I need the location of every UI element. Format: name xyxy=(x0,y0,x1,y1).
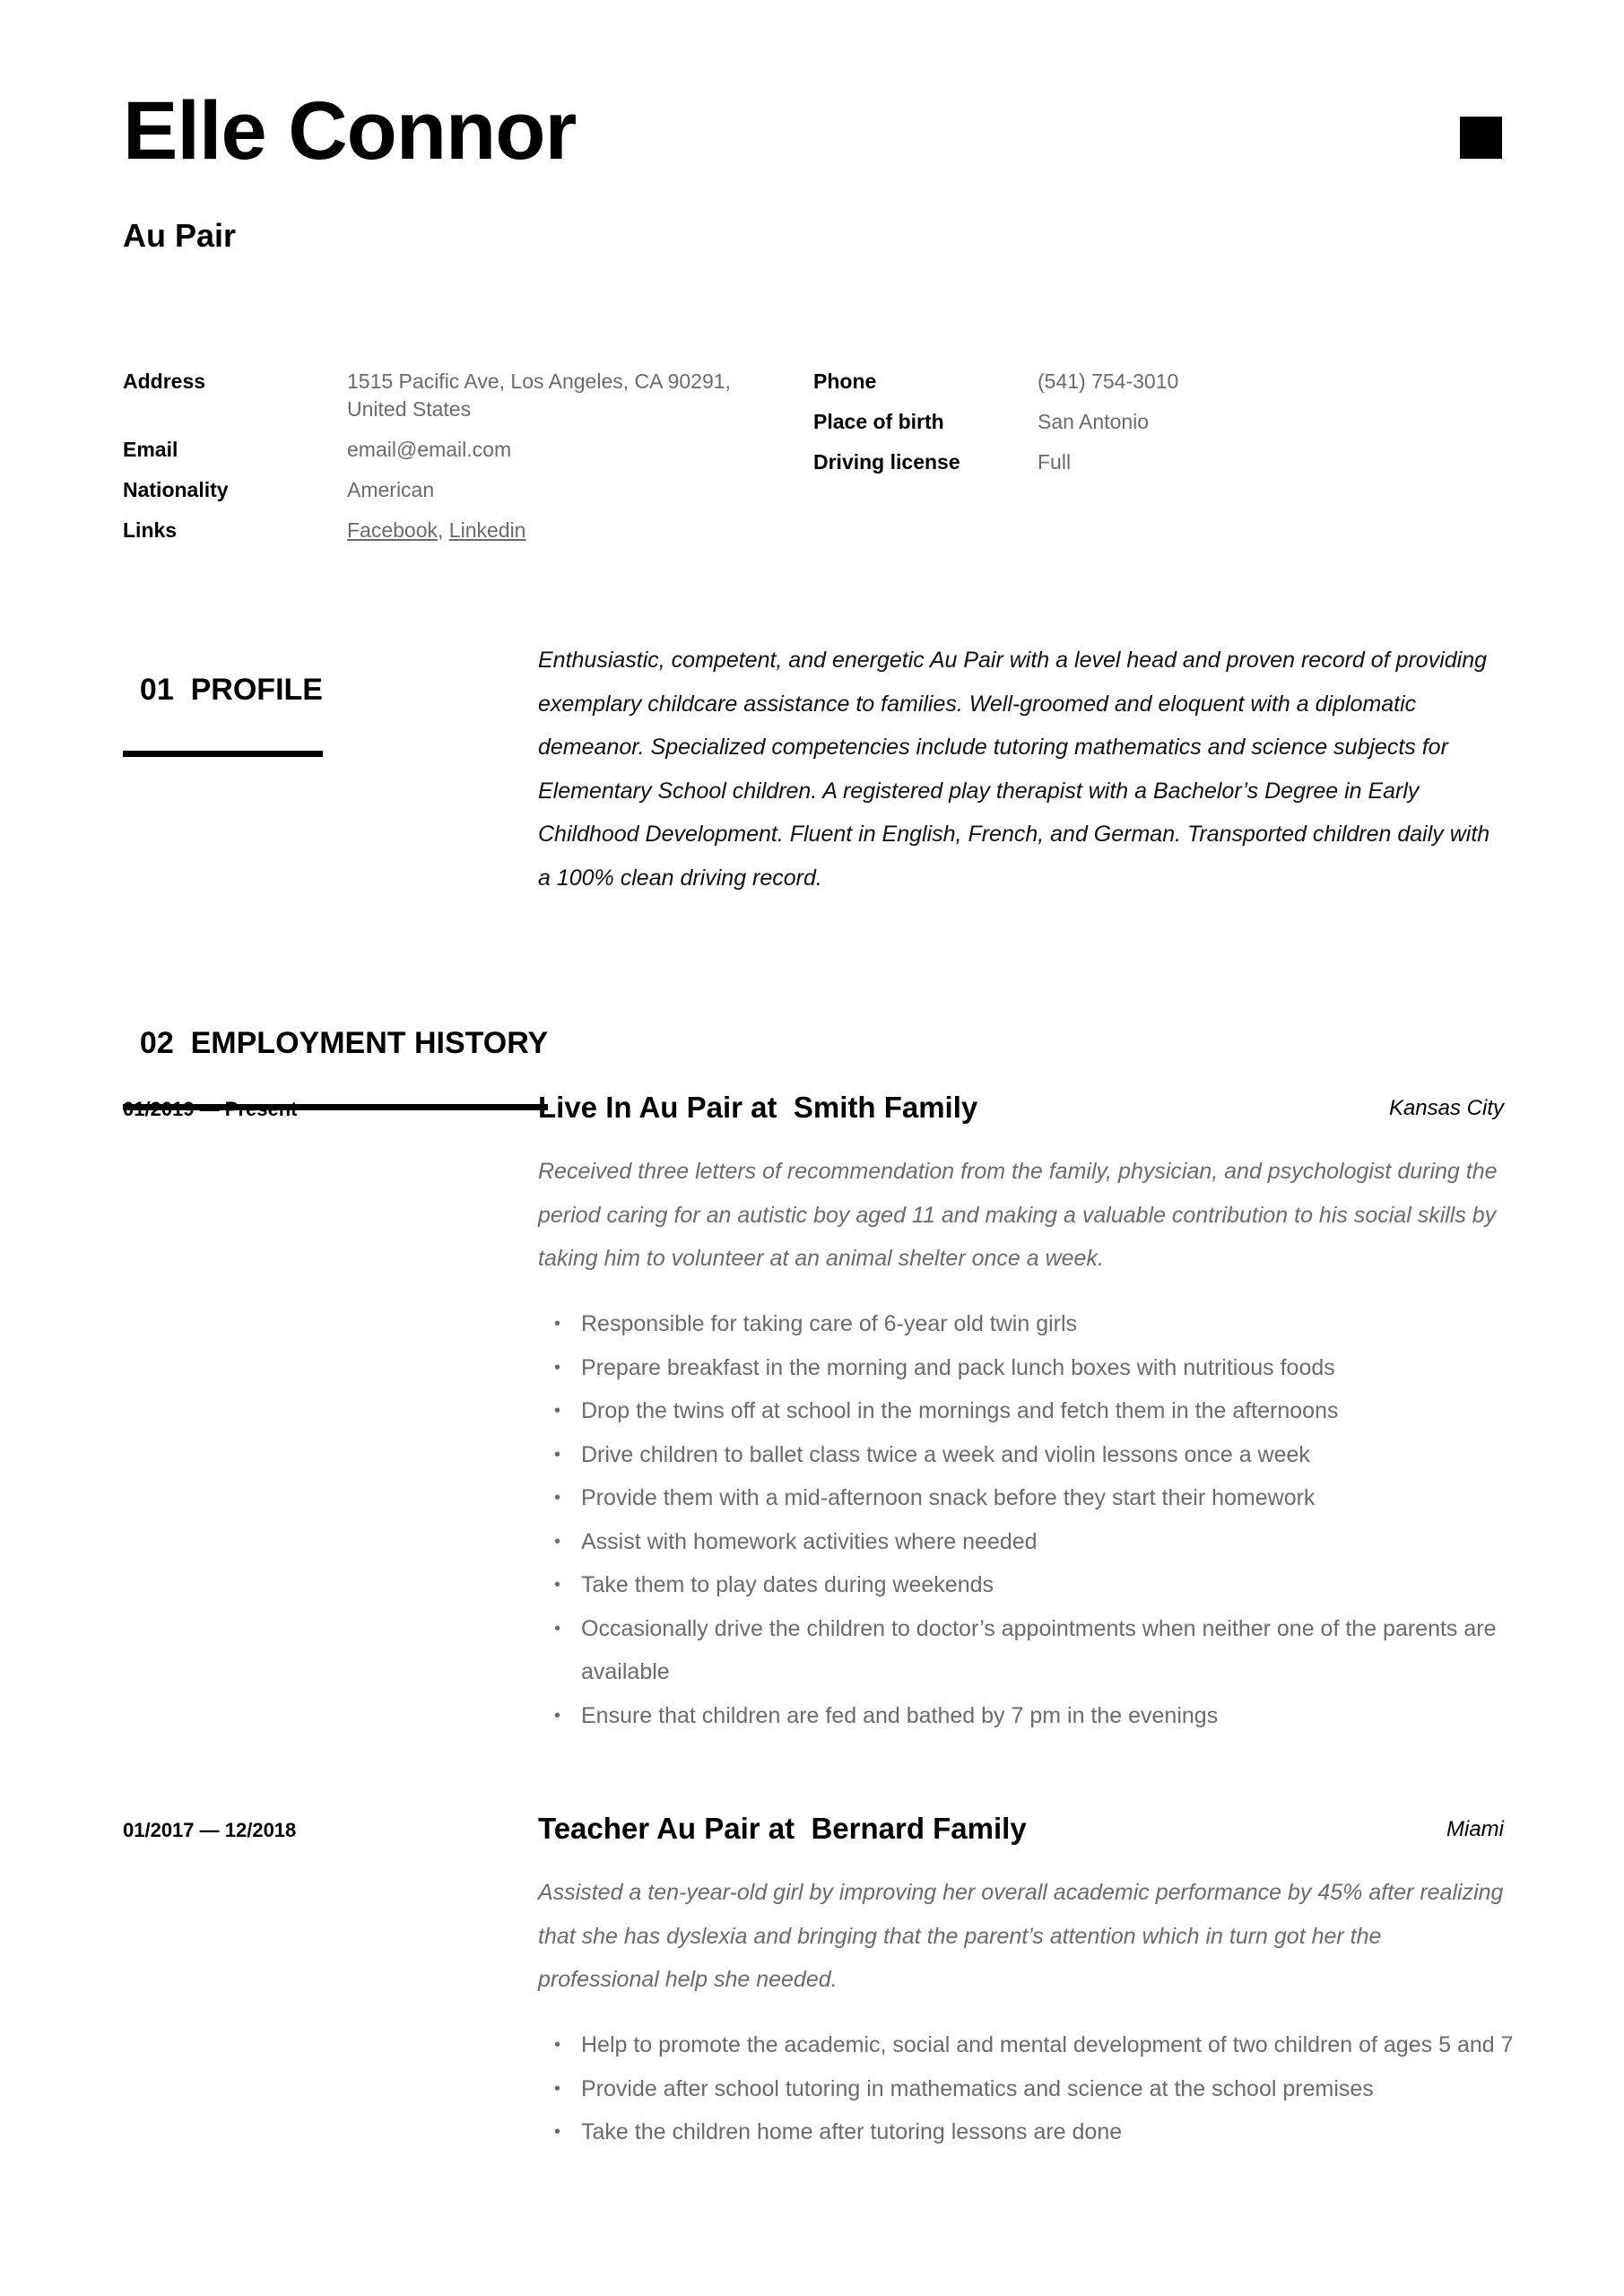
profile-heading: 01 PROFILE xyxy=(123,644,323,787)
detail-row-place-of-birth: Place of birth San Antonio xyxy=(813,408,1441,436)
heading-underline xyxy=(123,751,323,757)
profile-summary: Enthusiastic, competent, and energetic A… xyxy=(538,639,1507,900)
detail-value: Full xyxy=(1038,448,1441,476)
detail-row-nationality: Nationality American xyxy=(123,476,804,504)
candidate-title: Au Pair xyxy=(123,220,236,252)
link-separator: , xyxy=(438,518,449,542)
job-summary: Assisted a ten-year-old girl by improvin… xyxy=(538,1871,1507,2002)
job-bullet: Drop the twins off at school in the morn… xyxy=(581,1389,1550,1433)
job-bullet: Assist with homework activities where ne… xyxy=(581,1520,1550,1564)
profile-heading-text: 01 PROFILE xyxy=(140,673,323,707)
job-bullet: Occasionally drive the children to docto… xyxy=(581,1607,1550,1694)
job-bullet: Take them to play dates during weekends xyxy=(581,1563,1550,1607)
detail-value: email@email.com xyxy=(347,436,760,464)
personal-details-left: Address 1515 Pacific Ave, Los Angeles, C… xyxy=(123,368,804,557)
job-city: Kansas City xyxy=(1389,1096,1504,1121)
black-square-icon xyxy=(1460,117,1502,159)
job-bullet: Take the children home after tutoring le… xyxy=(581,2110,1550,2154)
detail-row-phone: Phone (541) 754-3010 xyxy=(813,368,1441,396)
detail-label: Email xyxy=(123,436,347,464)
job-title: Teacher Au Pair at Bernard Family xyxy=(538,1812,1027,1846)
detail-value: San Antonio xyxy=(1038,408,1441,436)
detail-row-address: Address 1515 Pacific Ave, Los Angeles, C… xyxy=(123,368,804,423)
job-bullet: Drive children to ballet class twice a w… xyxy=(581,1433,1550,1477)
job-bullet: Responsible for taking care of 6-year ol… xyxy=(581,1302,1550,1346)
candidate-name: Elle Connor xyxy=(123,90,576,172)
job-bullets: Responsible for taking care of 6-year ol… xyxy=(538,1302,1550,1737)
job-bullets: Help to promote the academic, social and… xyxy=(538,2023,1550,2154)
employment-heading-text: 02 EMPLOYMENT HISTORY xyxy=(140,1026,548,1060)
detail-row-links: Links Facebook, Linkedin xyxy=(123,517,804,544)
job-summary: Received three letters of recommendation… xyxy=(538,1150,1507,1281)
job-dates: 01/2017 — 12/2018 xyxy=(123,1819,296,1842)
links-list: Facebook, Linkedin xyxy=(347,517,760,544)
job-bullet: Prepare breakfast in the morning and pac… xyxy=(581,1346,1550,1390)
detail-label: Place of birth xyxy=(813,408,1038,436)
job-bullet: Provide them with a mid-afternoon snack … xyxy=(581,1476,1550,1520)
detail-label: Driving license xyxy=(813,448,1038,476)
detail-value: American xyxy=(347,476,760,504)
job-bullet: Ensure that children are fed and bathed … xyxy=(581,1694,1550,1738)
job-bullet: Help to promote the academic, social and… xyxy=(581,2023,1550,2067)
job-dates: 01/2019 — Present xyxy=(123,1098,297,1121)
linkedin-link[interactable]: Linkedin xyxy=(449,518,526,542)
job-title: Live In Au Pair at Smith Family xyxy=(538,1091,977,1125)
detail-row-driving-license: Driving license Full xyxy=(813,448,1441,476)
facebook-link[interactable]: Facebook xyxy=(347,518,438,542)
detail-label: Links xyxy=(123,517,347,544)
detail-value: (541) 754-3010 xyxy=(1038,368,1441,396)
detail-label: Address xyxy=(123,368,347,423)
detail-row-email: Email email@email.com xyxy=(123,436,804,464)
job-city: Miami xyxy=(1446,1817,1504,1842)
job-bullet: Provide after school tutoring in mathema… xyxy=(581,2067,1550,2111)
detail-value: 1515 Pacific Ave, Los Angeles, CA 90291,… xyxy=(347,368,760,423)
detail-label: Nationality xyxy=(123,476,347,504)
personal-details-right: Phone (541) 754-3010 Place of birth San … xyxy=(813,368,1441,489)
detail-label: Phone xyxy=(813,368,1038,396)
